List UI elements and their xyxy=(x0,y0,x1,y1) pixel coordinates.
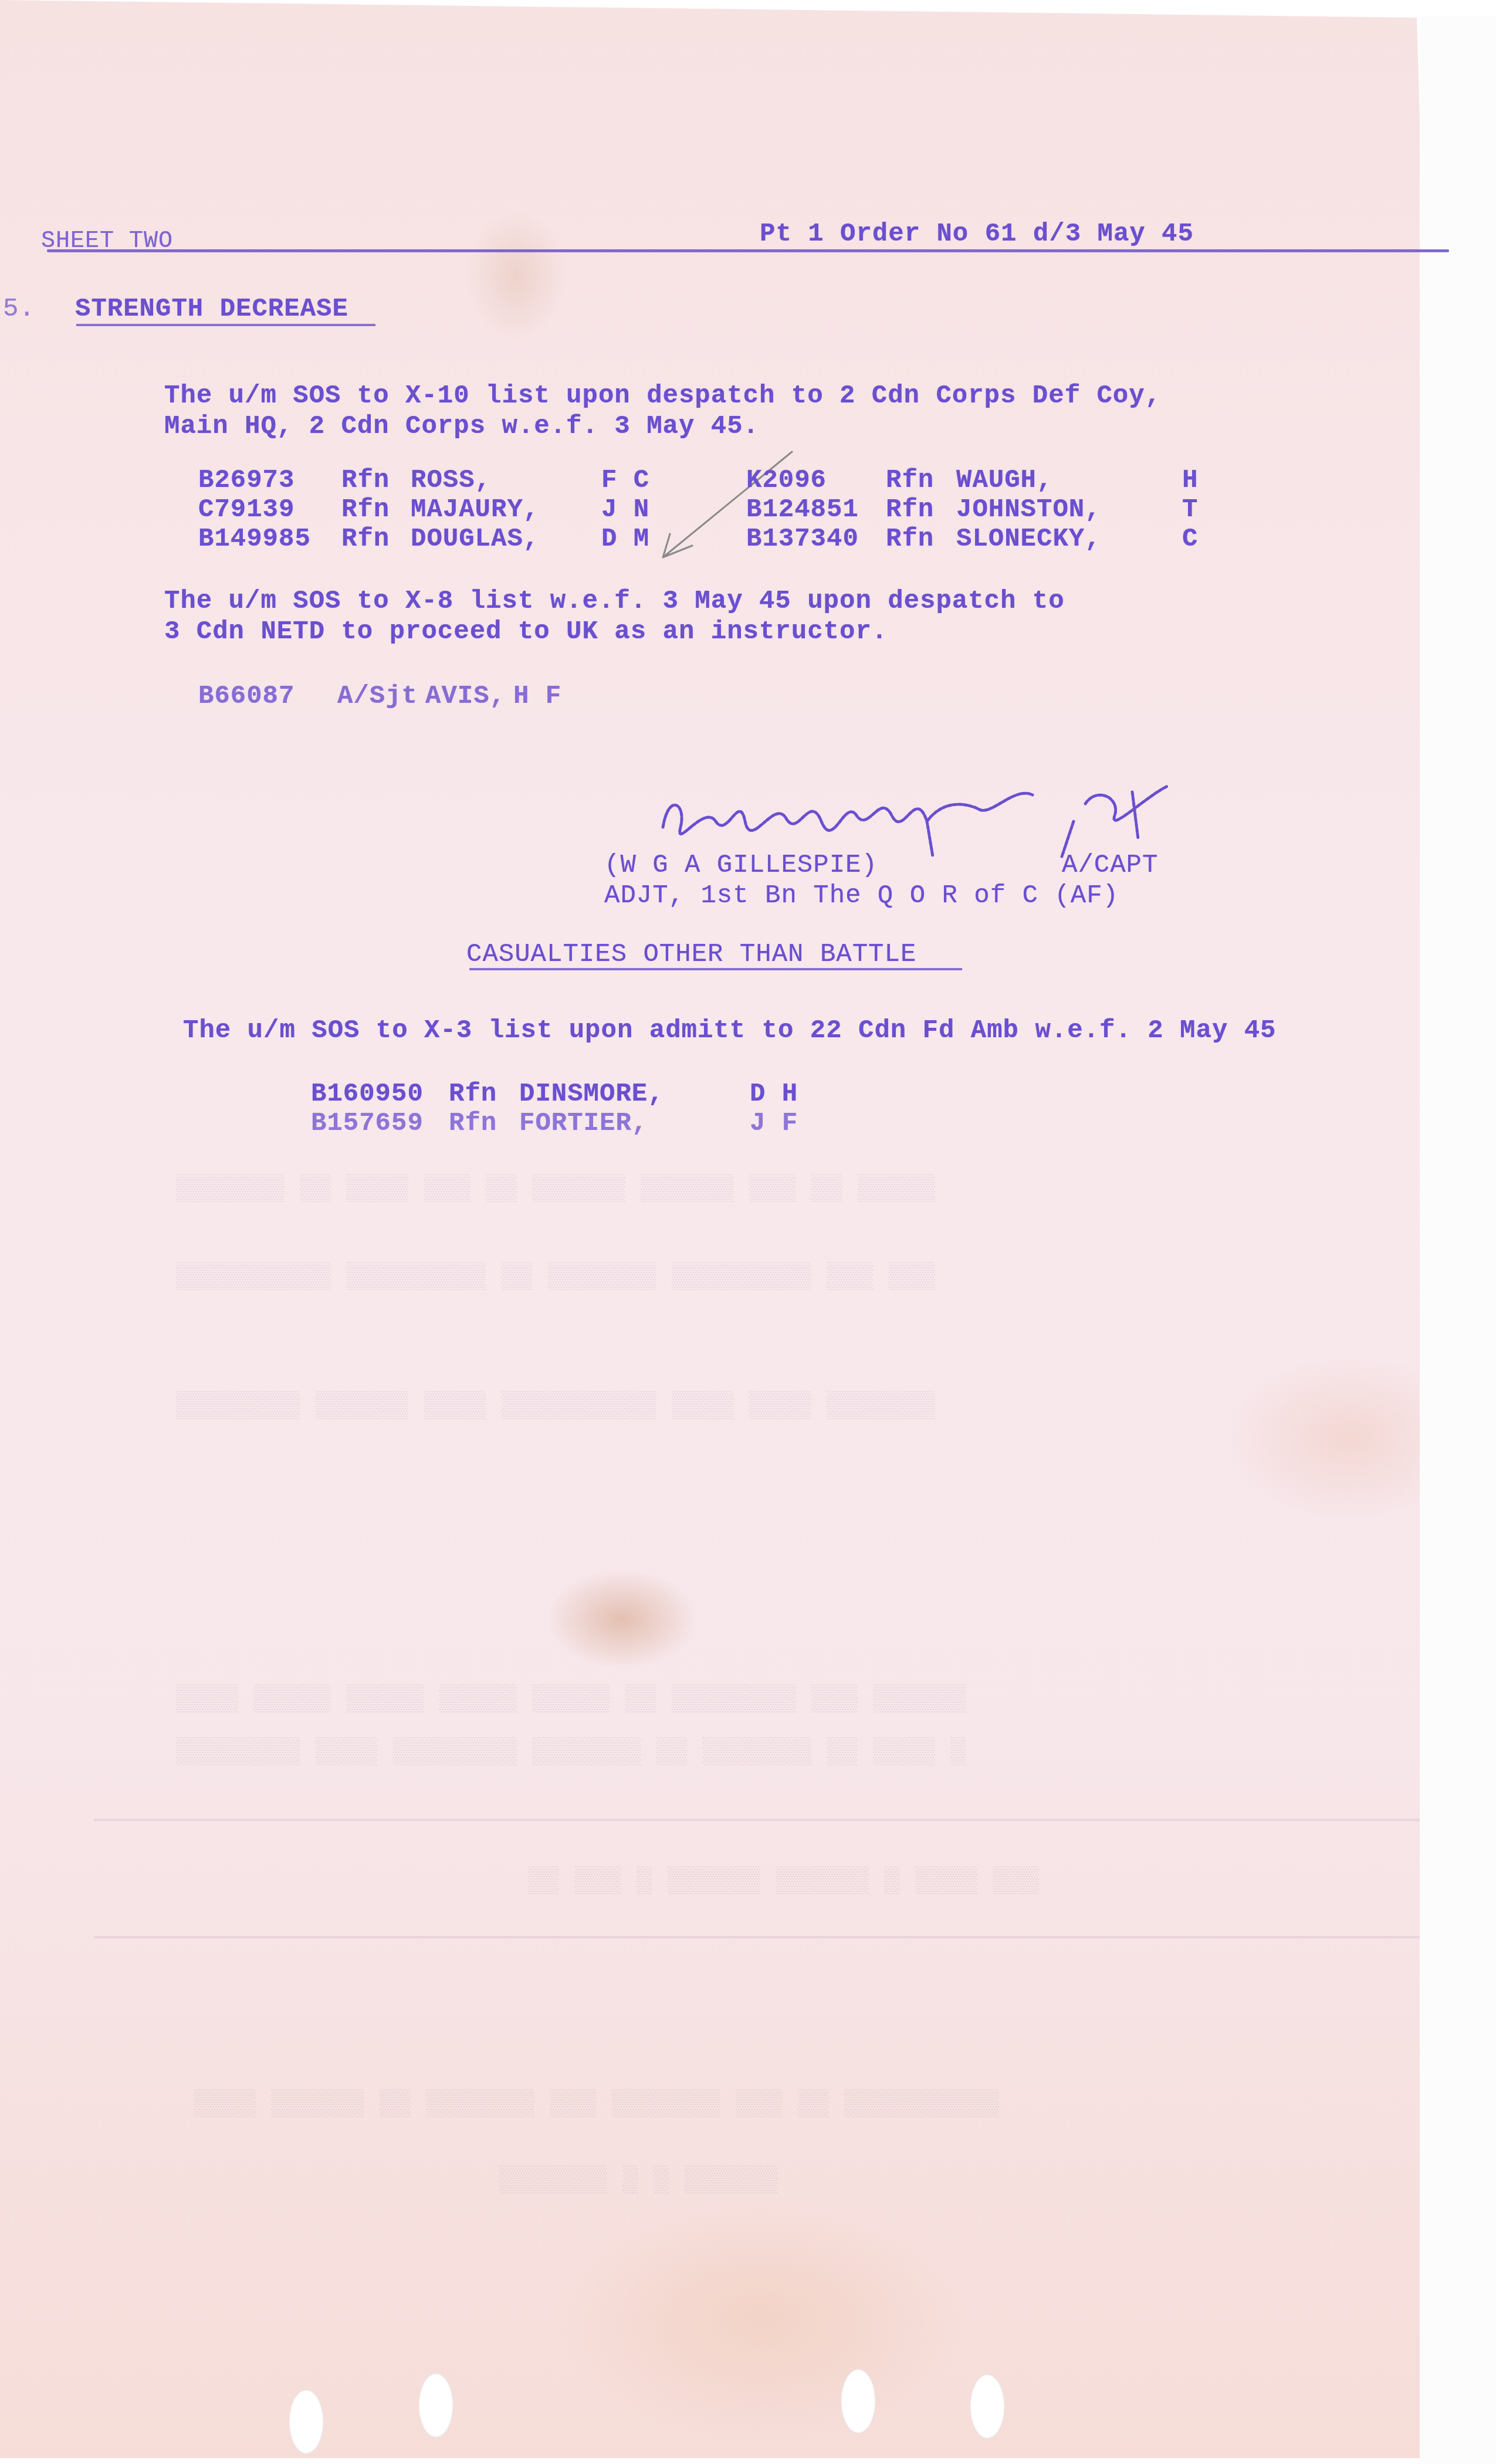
list-item-initials: D H xyxy=(750,1078,798,1110)
list-item-initials: J F xyxy=(750,1108,798,1139)
bleed-through-text: ▒ ▒▒▒▒ ▒▒ ▒▒▒▒▒▒▒ ▒▒ ▒▒▒▒▒▒▒ ▒▒▒▒▒▒▒▒ ▒▒… xyxy=(176,1737,966,1768)
punch-hole xyxy=(970,2374,1005,2439)
casualties-title: CASUALTIES OTHER THAN BATTLE xyxy=(466,939,916,970)
list-item-number: K2096 xyxy=(746,465,827,496)
list-item-initials: J N xyxy=(601,494,649,526)
bleed-through-text: ▒▒▒▒▒▒▒ ▒▒▒▒ ▒▒▒▒ ▒▒▒▒▒▒▒▒▒▒ ▒▒▒▒ ▒▒▒▒▒▒… xyxy=(176,1390,935,1422)
list-item-surname: AVIS, xyxy=(425,681,506,712)
signatory-rank: A/CAPT xyxy=(1062,849,1158,881)
list-item-surname: DINSMORE, xyxy=(519,1078,664,1110)
header-rule xyxy=(47,249,1449,252)
section-title-underline xyxy=(76,324,375,326)
section-title: STRENGTH DECREASE xyxy=(75,293,348,325)
casualties-title-underline xyxy=(469,968,962,970)
bleed-through-text: ▒▒▒ ▒▒▒ ▒▒▒▒▒▒▒▒▒ ▒▒▒▒▒▒▒ ▒▒ ▒▒▒▒▒▒▒▒▒ ▒… xyxy=(176,1261,935,1293)
list-item-initials: H F xyxy=(513,681,561,712)
signatory-name: (W G A GILLESPIE) xyxy=(604,849,878,881)
list-item-surname: JOHNSTON, xyxy=(956,494,1101,526)
list-item-number: B66087 xyxy=(198,681,295,712)
list-item-number: B160950 xyxy=(311,1078,424,1110)
list-item-number: C79139 xyxy=(198,494,295,526)
bleed-through-text: ▒▒▒▒▒▒▒▒▒▒ ▒▒ ▒▒▒ ▒▒▒▒▒▒▒ ▒▒▒ ▒▒▒▒▒▒▒ ▒▒… xyxy=(194,2089,999,2120)
punch-hole xyxy=(841,2369,876,2433)
paragraph-line: The u/m SOS to X-8 list w.e.f. 3 May 45 … xyxy=(164,585,1065,617)
list-item-rank: Rfn xyxy=(449,1078,497,1110)
punch-hole xyxy=(289,2389,324,2454)
list-item-surname: SLONECKY, xyxy=(956,523,1101,555)
list-item-surname: ROSS, xyxy=(411,465,491,496)
list-item-initials: D M xyxy=(601,523,649,555)
list-item-number: B26973 xyxy=(198,465,295,496)
list-item-surname: FORTIER, xyxy=(519,1108,648,1139)
paragraph-line: Main HQ, 2 Cdn Corps w.e.f. 3 May 45. xyxy=(164,411,759,442)
list-item-rank: Rfn xyxy=(886,523,934,555)
paragraph-line: The u/m SOS to X-10 list upon despatch t… xyxy=(164,380,1161,412)
list-item-initials: H xyxy=(1182,465,1198,496)
punch-hole xyxy=(418,2373,453,2438)
list-item-surname: DOUGLAS, xyxy=(411,523,539,555)
bleed-through-rule xyxy=(94,1819,1420,1821)
signatory-appointment: ADJT, 1st Bn The Q O R of C (AF) xyxy=(604,880,1119,912)
paragraph-line: 3 Cdn NETD to proceed to UK as an instru… xyxy=(164,616,888,648)
casualties-paragraph: The u/m SOS to X-3 list upon admitt to 2… xyxy=(183,1015,1277,1047)
list-item-rank: Rfn xyxy=(449,1108,497,1139)
sheet-label: SHEET TWO xyxy=(41,226,173,258)
scan-background-strip xyxy=(1420,16,1496,2464)
list-item-rank: Rfn xyxy=(886,465,934,496)
section-number: 5. xyxy=(3,293,35,325)
list-item-rank: Rfn xyxy=(886,494,934,526)
list-item-initials: C xyxy=(1182,523,1198,555)
list-item-number: B149985 xyxy=(198,523,311,555)
order-reference: Pt 1 Order No 61 d/3 May 45 xyxy=(760,218,1194,250)
list-item-number: B157659 xyxy=(311,1108,424,1139)
list-item-surname: WAUGH, xyxy=(956,465,1052,496)
list-item-rank: Rfn xyxy=(341,494,390,526)
bleed-through-rule xyxy=(94,1936,1420,1938)
list-item-initials: T xyxy=(1182,494,1198,526)
list-item-number: B124851 xyxy=(746,494,859,526)
list-item-initials: F C xyxy=(601,465,649,496)
list-item-number: B137340 xyxy=(746,523,859,555)
bleed-through-text: ▒▒▒▒▒ ▒▒ ▒▒▒ ▒▒▒▒▒▒ ▒▒▒▒▒▒ ▒▒ ▒▒▒ ▒▒▒▒ ▒… xyxy=(176,1173,935,1205)
bleed-through-text: ▒▒▒ ▒▒▒▒ ▒ ▒▒▒▒▒▒ ▒▒▒▒▒▒ ▒ ▒▒▒ ▒▒ xyxy=(528,1866,1039,1897)
bleed-through-text: ▒▒▒▒▒▒ ▒ ▒ ▒▒▒▒▒▒▒ xyxy=(499,2165,777,2196)
list-item-rank: Rfn xyxy=(341,465,390,496)
list-item-rank: A/Sjt xyxy=(337,681,418,712)
list-item-rank: Rfn xyxy=(341,523,390,555)
list-item-surname: MAJAURY, xyxy=(411,494,539,526)
bleed-through-text: ▒▒▒▒▒▒ ▒▒▒ ▒▒▒▒▒▒▒▒ ▒▒ ▒▒▒▒▒ ▒▒▒▒▒ ▒▒▒▒▒… xyxy=(176,1684,966,1715)
